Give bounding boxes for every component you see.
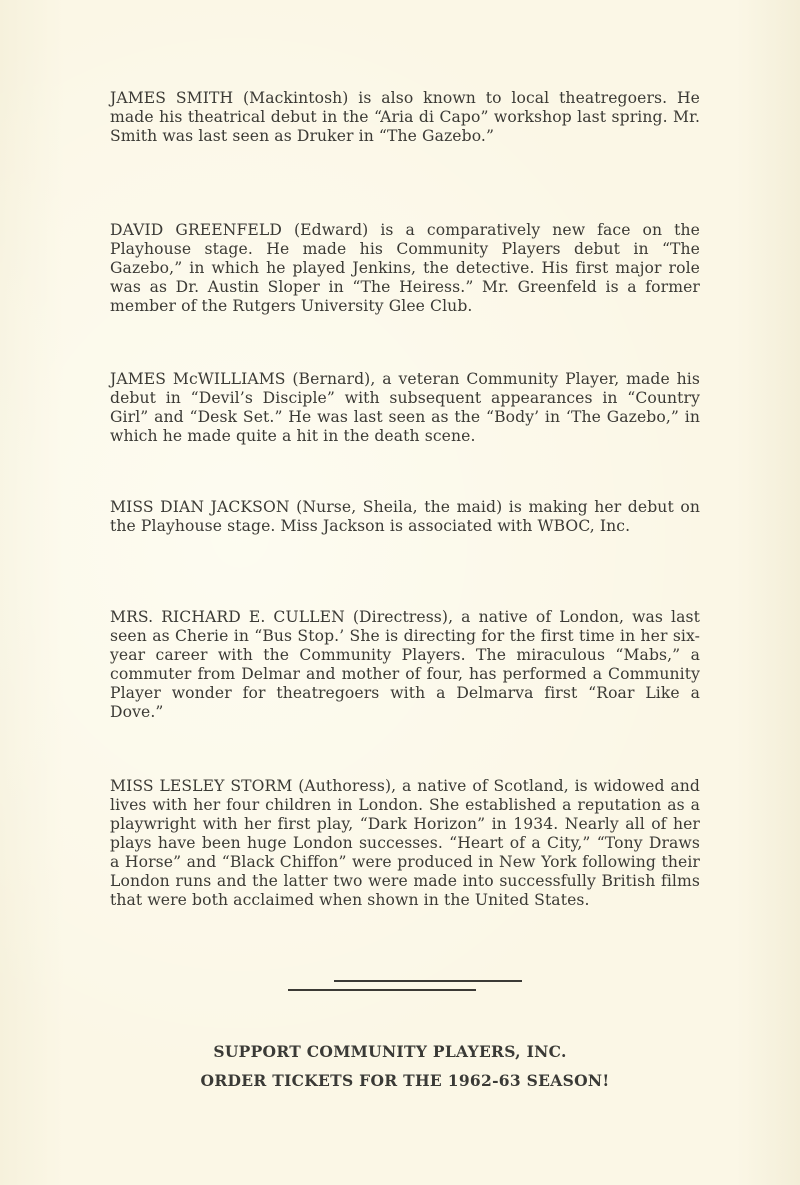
divider-rule-lower [288,989,476,991]
bio-richard-cullen: MRS. RICHARD E. CULLEN (Directress), a n… [110,608,700,722]
bio-dian-jackson: MISS DIAN JACKSON (Nurse, Sheila, the ma… [110,498,700,536]
bio-james-mcwilliams: JAMES McWILLIAMS (Bernard), a veteran Co… [110,370,700,446]
bio-james-smith: JAMES SMITH (Mackintosh) is also known t… [110,89,700,146]
program-page: JAMES SMITH (Mackintosh) is also known t… [0,0,800,1185]
divider-rule-upper [334,980,522,982]
bio-lesley-storm: MISS LESLEY STORM (Authoress), a native … [110,777,700,910]
promo-tickets-line: ORDER TICKETS FOR THE 1962-63 SEASON! [5,1071,800,1090]
bio-david-greenfeld: DAVID GREENFELD (Edward) is a comparativ… [110,221,700,316]
promo-support-line: SUPPORT COMMUNITY PLAYERS, INC. [0,1042,790,1061]
